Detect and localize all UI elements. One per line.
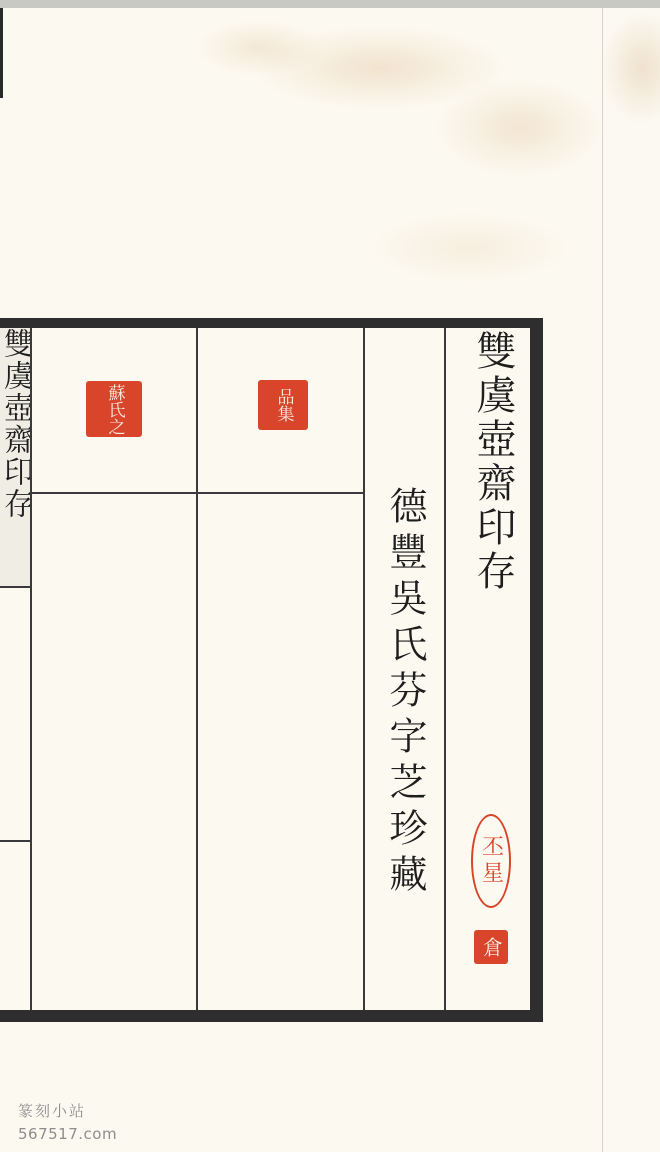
seal-pin-ji: 品集 [258,380,308,430]
seal-small-square: 倉 [474,930,508,964]
seal-su-shi: 蘇氏之 [86,381,142,437]
colophon-text: 德豐吳氏芬字芝珍藏 [372,486,438,966]
spine-divider [0,586,31,588]
frame-border-top [0,318,543,328]
frame-border-right [530,318,543,1022]
watermark: 篆刻小站 567517.com [18,1100,117,1143]
column-rule [30,328,32,1010]
column-rule [196,328,198,1010]
printed-frame: 雙虞壺齋印存 蘇氏之 品集 雙虞壺齋印存 德豐吳氏芬字芝珍藏 丕星 倉 [0,318,543,1022]
spine-divider [0,840,31,842]
frame-border-bottom [0,1010,543,1022]
seal-oval: 丕星 [471,814,511,908]
column-rule [363,328,365,1010]
scan-top-edge [0,0,660,8]
cell-divider [30,492,365,494]
watermark-url: 567517.com [18,1125,117,1143]
spine-title: 雙虞壺齋印存 [0,328,30,586]
adjacent-page-edge [602,8,660,1152]
scan-left-shadow [0,8,3,98]
watermark-name: 篆刻小站 [18,1100,117,1121]
book-title: 雙虞壺齋印存 [458,330,528,630]
column-rule [444,328,446,1010]
